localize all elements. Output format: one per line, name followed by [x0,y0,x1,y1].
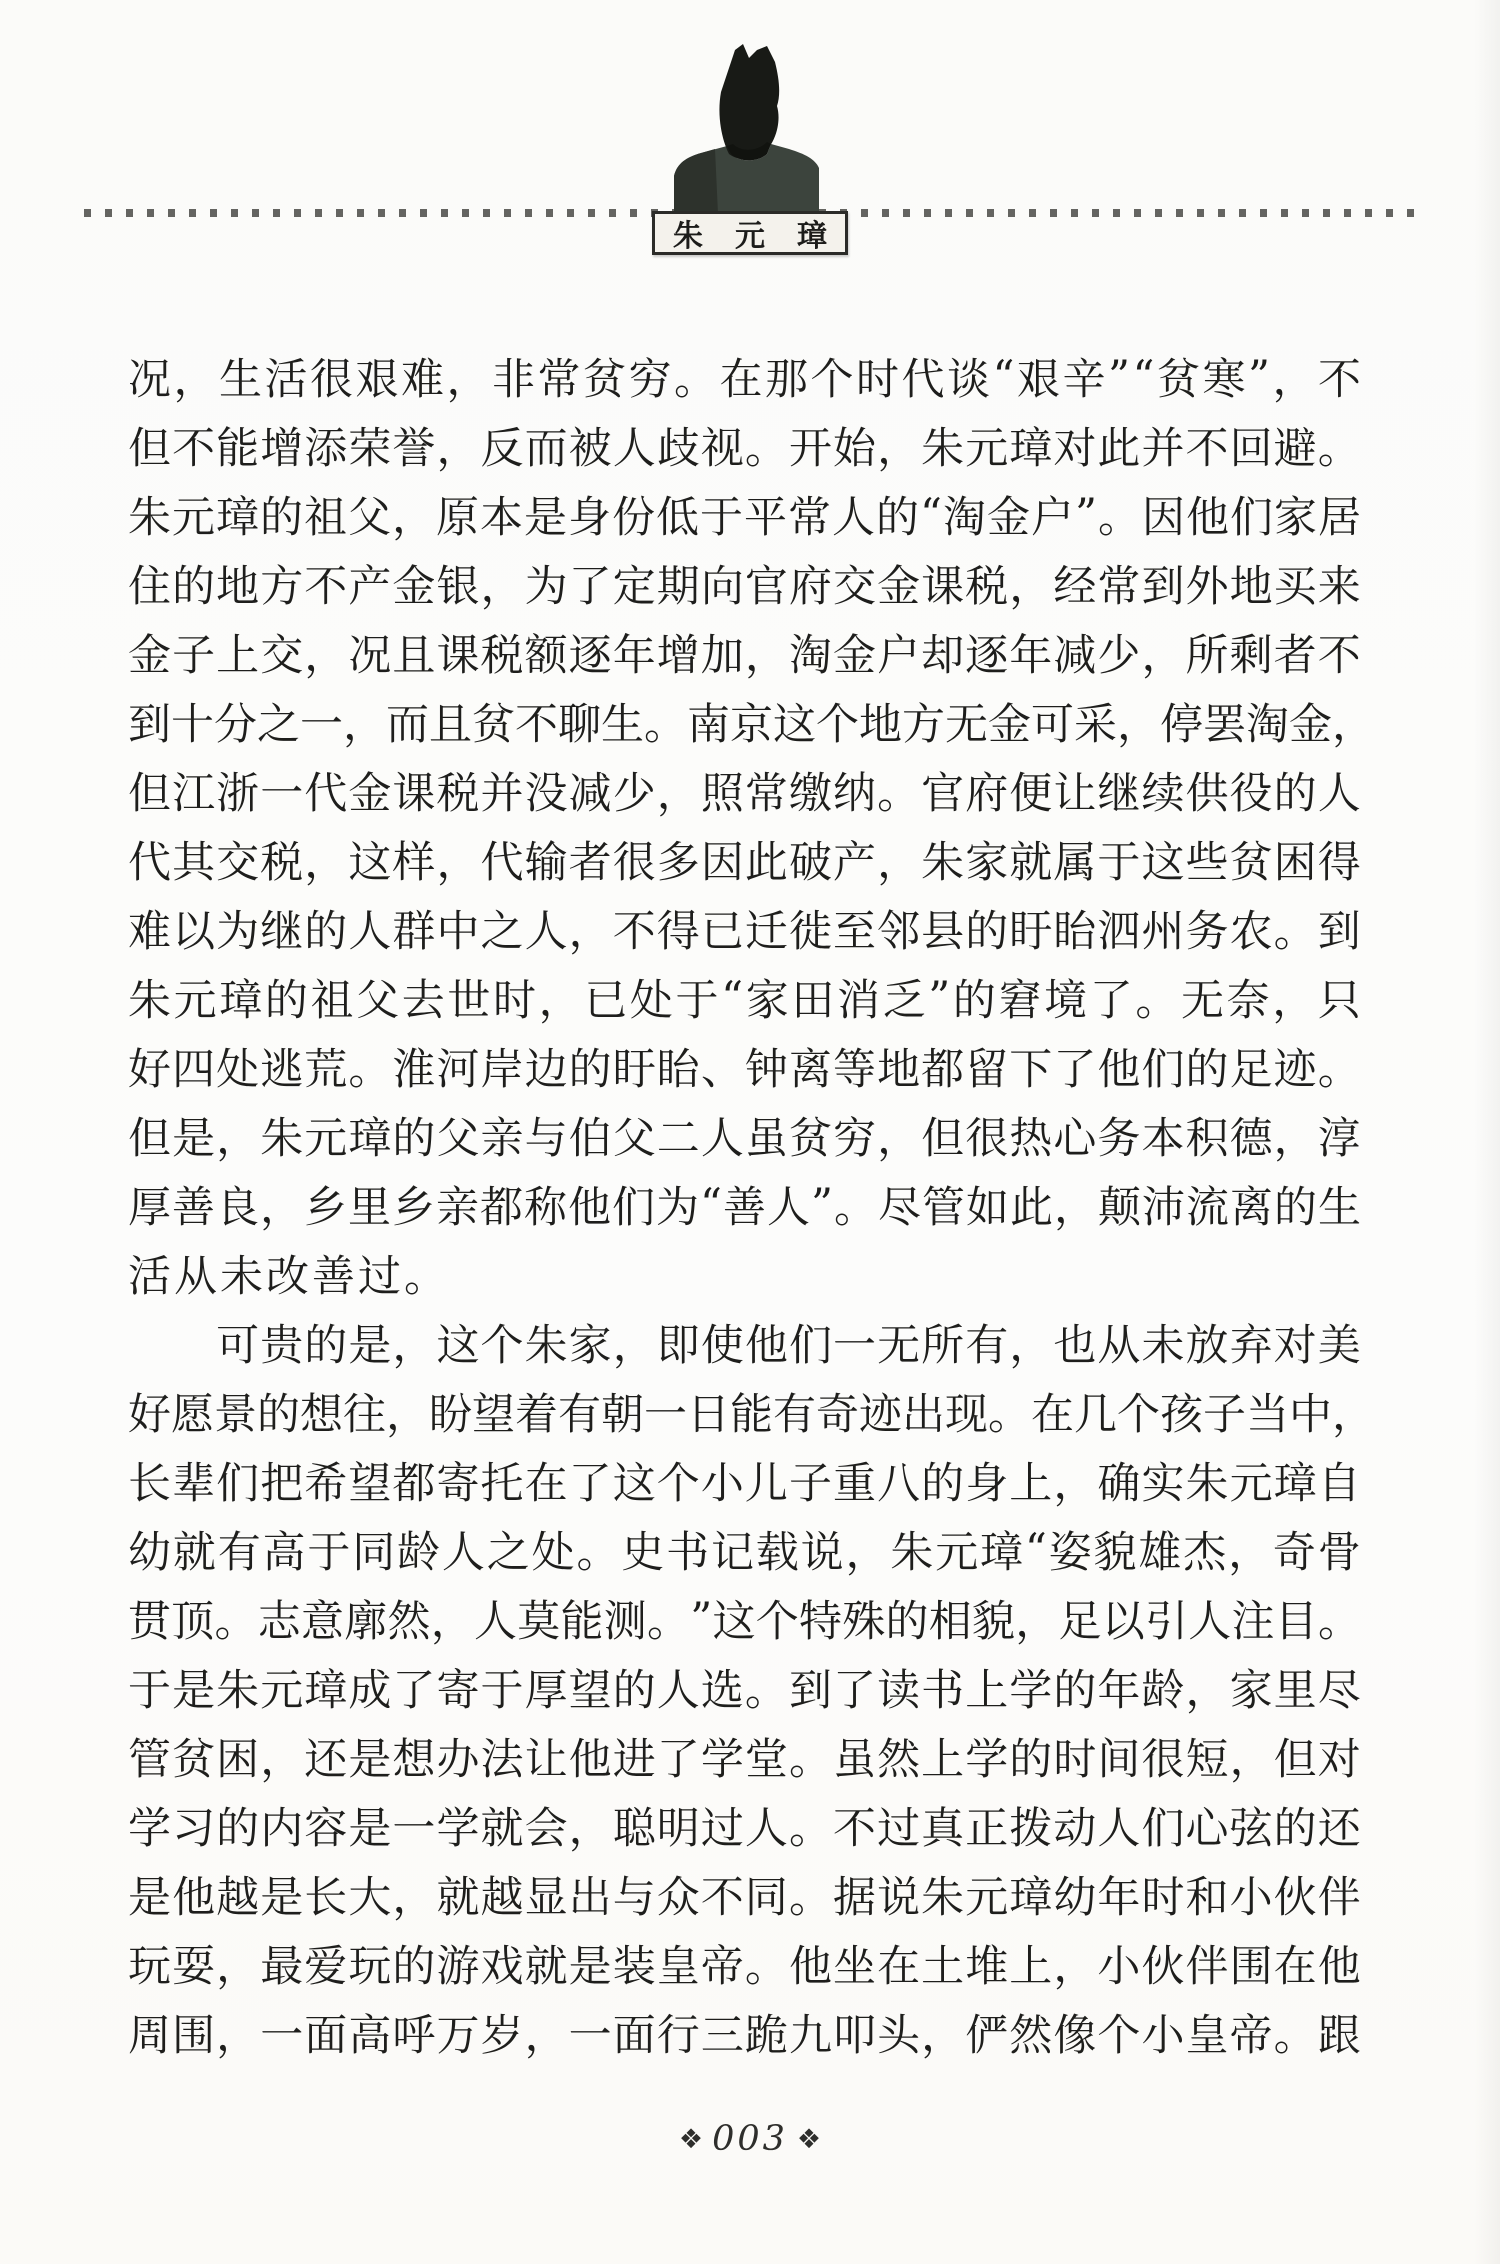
text-line: 可贵的是，这个朱家，即使他们一无所有，也从未放弃对美 [128,1308,1361,1377]
text-line: 代其交税，这样，代输者很多因此破产，朱家就属于这些贫困得 [128,825,1361,894]
page-footer: ❖ 003 ❖ [0,2122,1500,2157]
text-line: 但是，朱元璋的父亲与伯父二人虽贫穷，但很热心务本积德，淳 [128,1101,1361,1170]
text-line: 难以为继的人群中之人，不得已迁徙至邻县的盱眙泗州务农。到 [128,894,1361,963]
text-line: 好四处逃荒。淮河岸边的盱眙、钟离等地都留下了他们的足迹。 [128,1032,1361,1101]
body-text: 况，生活很艰难，非常贫穷。在那个时代谈“艰辛”“贫寒”，不但不能增添荣誉，反而被… [128,342,1361,2067]
text-line: 幼就有高于同龄人之处。史书记载说，朱元璋“姿貌雄杰，奇骨 [128,1515,1361,1584]
footer-ornament-left-icon: ❖ [679,2126,703,2153]
text-line: 学习的内容是一学就会，聪明过人。不过真正拨动人们心弦的还 [128,1791,1361,1860]
text-line: 周围，一面高呼万岁，一面行三跪九叩头，俨然像个小皇帝。跟 [128,1998,1361,2067]
text-line: 朱元璋的祖父，原本是身份低于平常人的“淘金户”。因他们家居 [128,480,1361,549]
text-line: 好愿景的想往，盼望着有朝一日能有奇迹出现。在几个孩子当中， [128,1377,1361,1446]
title-char: 璋 [797,211,827,255]
text-line: 长辈们把希望都寄托在了这个小儿子重八的身上，确实朱元璋自 [128,1446,1361,1515]
portrait-bust-icon [671,42,823,214]
text-line: 朱元璋的祖父去世时，已处于“家田消乏”的窘境了。无奈，只 [128,963,1361,1032]
page-number: 003 [712,2122,788,2157]
text-line: 管贫困，还是想办法让他进了学堂。虽然上学的时间很短，但对 [128,1722,1361,1791]
text-line: 况，生活很艰难，非常贫穷。在那个时代谈“艰辛”“贫寒”，不 [128,342,1361,411]
text-line: 玩耍，最爱玩的游戏就是装皇帝。他坐在土堆上，小伙伴围在他 [128,1929,1361,1998]
text-line: 厚善良，乡里乡亲都称他们为“善人”。尽管如此，颠沛流离的生 [128,1170,1361,1239]
text-line: 住的地方不产金银，为了定期向官府交金课税，经常到外地买来 [128,549,1361,618]
text-line: 于是朱元璋成了寄于厚望的人选。到了读书上学的年龄，家里尽 [128,1653,1361,1722]
text-line: 活从未改善过。 [128,1239,1361,1308]
text-line: 是他越是长大，就越显出与众不同。据说朱元璋幼年时和小伙伴 [128,1860,1361,1929]
text-line: 金子上交，况且课税额逐年增加，淘金户却逐年减少，所剩者不 [128,618,1361,687]
title-char: 朱 [673,211,703,255]
footer-ornament-right-icon: ❖ [797,2126,821,2153]
text-line: 到十分之一，而且贫不聊生。南京这个地方无金可采，停罢淘金， [128,687,1361,756]
book-page: 朱元璋 况，生活很艰难，非常贫穷。在那个时代谈“艰辛”“贫寒”，不但不能增添荣誉… [0,0,1500,2264]
chapter-nameplate: 朱元璋 [652,211,848,255]
text-line: 贯顶。志意廓然，人莫能测。”这个特殊的相貌，足以引人注目。 [128,1584,1361,1653]
text-line: 但不能增添荣誉，反而被人歧视。开始，朱元璋对此并不回避。 [128,411,1361,480]
text-line: 但江浙一代金课税并没减少，照常缴纳。官府便让继续供役的人 [128,756,1361,825]
title-char: 元 [735,211,765,255]
